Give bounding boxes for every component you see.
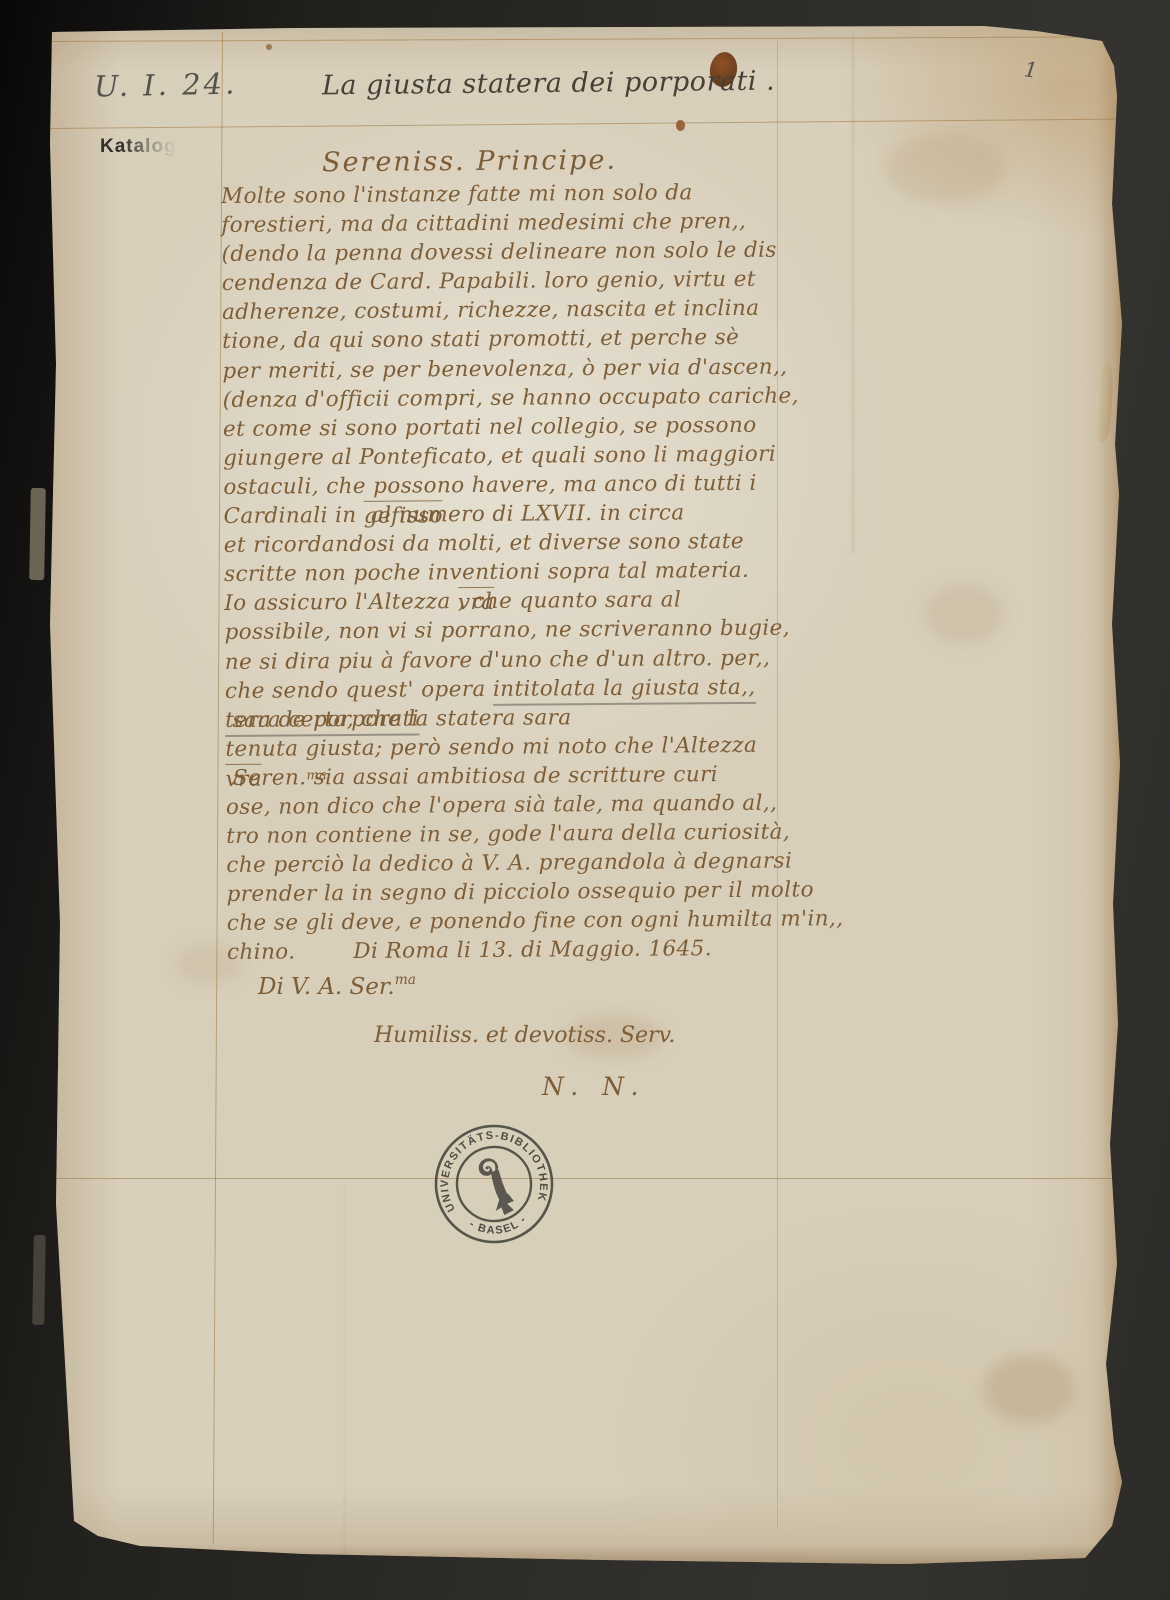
signature: N. N.: [542, 1072, 646, 1101]
ink-speck: [676, 120, 685, 131]
paper-edge-shading: [1098, 24, 1128, 1564]
foxing-stain: [924, 584, 1004, 644]
page-number: 1: [1023, 57, 1039, 82]
page-title: La giusta statera dei porporati .: [322, 66, 775, 102]
foxing-stain: [884, 134, 1004, 204]
ruled-line-top: [50, 36, 1116, 42]
closing-valediction: Humiliss. et devotiss. Serv.: [374, 1023, 675, 1048]
basel-crozier-icon: [478, 1156, 515, 1217]
ruled-line-bottom: [46, 1178, 1118, 1179]
ruled-line-title: [48, 119, 1116, 129]
manuscript-page: U. I. 24. La giusta statera dei porporat…: [44, 24, 1128, 1564]
manuscript-body: Molte sono l'instanze fatte mi non solo …: [221, 177, 867, 968]
stamp-text-top: UNIVERSITÄTS-BIBLIOTHEK: [434, 1124, 552, 1214]
ink-speck: [266, 44, 272, 50]
manuscript-scan: U. I. 24. La giusta statera dei porporat…: [0, 0, 1170, 1600]
closing-salutation: Di V. A. Ser.ma: [258, 974, 395, 1000]
under-page-edge: [32, 1235, 46, 1325]
fold-crease: [344, 1184, 346, 1564]
letter-heading: Sereniss. Principe.: [322, 145, 617, 179]
katalog-stamp: Katalog: [100, 136, 177, 158]
svg-text:UNIVERSITÄTS-BIBLIOTHEK: UNIVERSITÄTS-BIBLIOTHEK: [434, 1124, 552, 1214]
foxing-stain: [984, 1354, 1074, 1424]
paper-edge-shading: [44, 1544, 1128, 1564]
shelfmark: U. I. 24.: [94, 67, 238, 104]
under-page-edge: [29, 488, 46, 580]
manuscript-line: chino. Di Roma li 13. di Maggio. 1645.: [227, 933, 867, 967]
library-stamp: UNIVERSITÄTS-BIBLIOTHEK - BASEL -: [426, 1116, 562, 1252]
